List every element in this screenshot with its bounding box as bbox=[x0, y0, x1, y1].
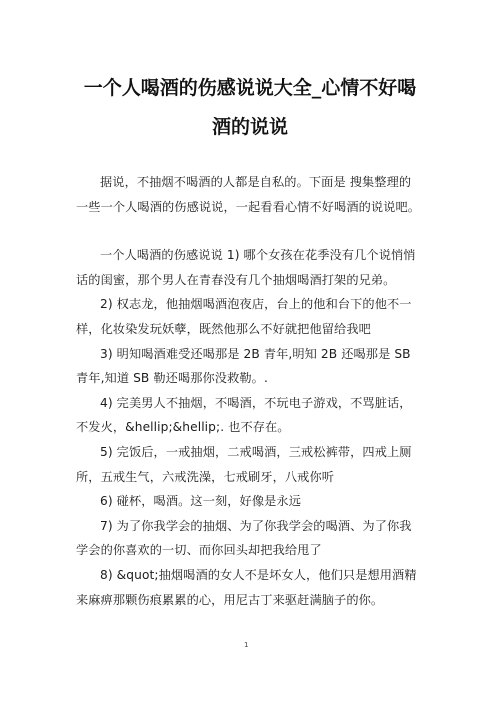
intro-paragraph: 据说，不抽烟不喝酒的人都是自私的。下面是 搜集整理的一些一个人喝酒的伤感说说，一… bbox=[76, 170, 422, 219]
document-title-line-1: 一个人喝酒的伤感说说大全_心情不好喝 bbox=[60, 73, 440, 100]
paragraph-7: 7) 为了你我学会的抽烟、为了你我学会的喝酒、为了你我学会的你喜欢的一切、而你回… bbox=[76, 514, 422, 563]
paragraph-6: 6) 碰杯，喝酒。这一刻，好像是永远 bbox=[76, 489, 422, 514]
paragraph-8: 8) &quot;抽烟喝酒的女人不是坏女人，他们只是想用酒精来麻痹那颗伤痕累累的… bbox=[76, 563, 422, 612]
document-page: 一个人喝酒的伤感说说大全_心情不好喝 酒的说说 据说，不抽烟不喝酒的人都是自私的… bbox=[0, 0, 496, 702]
paragraph-4: 4) 完美男人不抽烟，不喝酒，不玩电子游戏，不骂脏话，不发火，&hellip;&… bbox=[76, 391, 422, 440]
paragraph-3: 3) 明知喝酒难受还喝那是 2B 青年,明知 2B 还喝那是 SB 青年,知道 … bbox=[76, 342, 422, 391]
document-body: 据说，不抽烟不喝酒的人都是自私的。下面是 搜集整理的一些一个人喝酒的伤感说说，一… bbox=[76, 170, 422, 612]
paragraph-5: 5) 完饭后，一戒抽烟，二戒喝酒，三戒松裤带，四戒上厕所，五戒生气，六戒洗澡，七… bbox=[76, 440, 422, 489]
paragraph-1: 一个人喝酒的伤感说说 1) 哪个女孩在花季没有几个说悄悄话的闺蜜，那个男人在青春… bbox=[76, 243, 422, 292]
page-number: 1 bbox=[244, 641, 248, 649]
document-title-line-2: 酒的说说 bbox=[60, 112, 440, 139]
paragraph-2: 2) 权志龙，他抽烟喝酒泡夜店，台上的他和台下的他不一样，化妆染发玩妖孽，既然他… bbox=[76, 292, 422, 341]
